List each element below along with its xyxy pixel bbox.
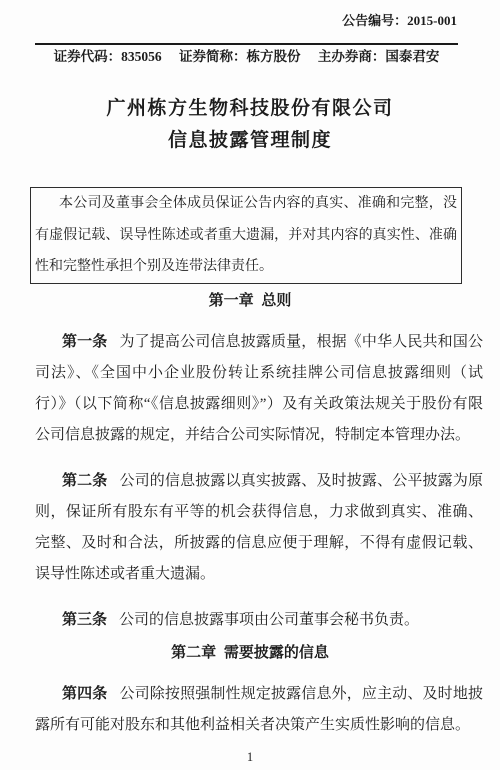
sponsor-value: 国泰君安 (385, 49, 439, 64)
declaration-box: 本公司及董事会全体成员保证公告内容的真实、准确和完整，没有虚假记载、误导性陈述或… (30, 187, 462, 284)
company-name-title: 广州栋方生物科技股份有限公司 (35, 96, 465, 121)
securities-info-row: 证券代码：835056 证券简称：栋方股份 主办券商：国泰君安 (35, 48, 458, 65)
stock-name-label: 证券简称： (179, 49, 247, 64)
announcement-number: 公告编号：2015-001 (35, 0, 457, 29)
stock-code-label: 证券代码： (54, 49, 122, 64)
sponsor-group: 主办券商：国泰君安 (318, 48, 440, 65)
header-divider (35, 43, 458, 45)
article-3-label: 第三条 (62, 612, 107, 628)
article-3: 第三条公司的信息披露事项由公司董事会秘书负责。 (35, 605, 483, 636)
stock-name-group: 证券简称：栋方股份 (179, 48, 301, 65)
page-number: 1 (0, 750, 500, 764)
document-title: 信息披露管理制度 (35, 128, 465, 153)
document-page: 公告编号：2015-001 证券代码：835056 证券简称：栋方股份 主办券商… (0, 0, 500, 770)
declaration-text: 本公司及董事会全体成员保证公告内容的真实、准确和完整，没有虚假记载、误导性陈述或… (35, 188, 457, 283)
article-1: 第一条为了提高公司信息披露质量，根据《中华人民共和国公司法》、《全国中小企业股份… (35, 327, 483, 451)
article-3-text: 公司的信息披露事项由公司董事会秘书负责。 (119, 612, 419, 628)
article-4-label: 第四条 (62, 686, 107, 702)
article-2-label: 第二条 (62, 473, 107, 489)
sponsor-label: 主办券商： (318, 49, 386, 64)
article-1-label: 第一条 (62, 334, 107, 350)
stock-code-group: 证券代码：835056 (54, 48, 162, 65)
article-4: 第四条公司除按照强制性规定披露信息外，应主动、及时地披露所有可能对股东和其他利益… (35, 679, 483, 741)
article-2: 第二条公司的信息披露以真实披露、及时披露、公平披露为原则，保证所有股东有平等的机… (35, 466, 483, 590)
stock-name-value: 栋方股份 (247, 49, 301, 64)
chapter-1-heading: 第一章 总则 (35, 291, 465, 312)
stock-code-value: 835056 (121, 49, 162, 64)
chapter-2-heading: 第二章 需要披露的信息 (35, 643, 465, 664)
